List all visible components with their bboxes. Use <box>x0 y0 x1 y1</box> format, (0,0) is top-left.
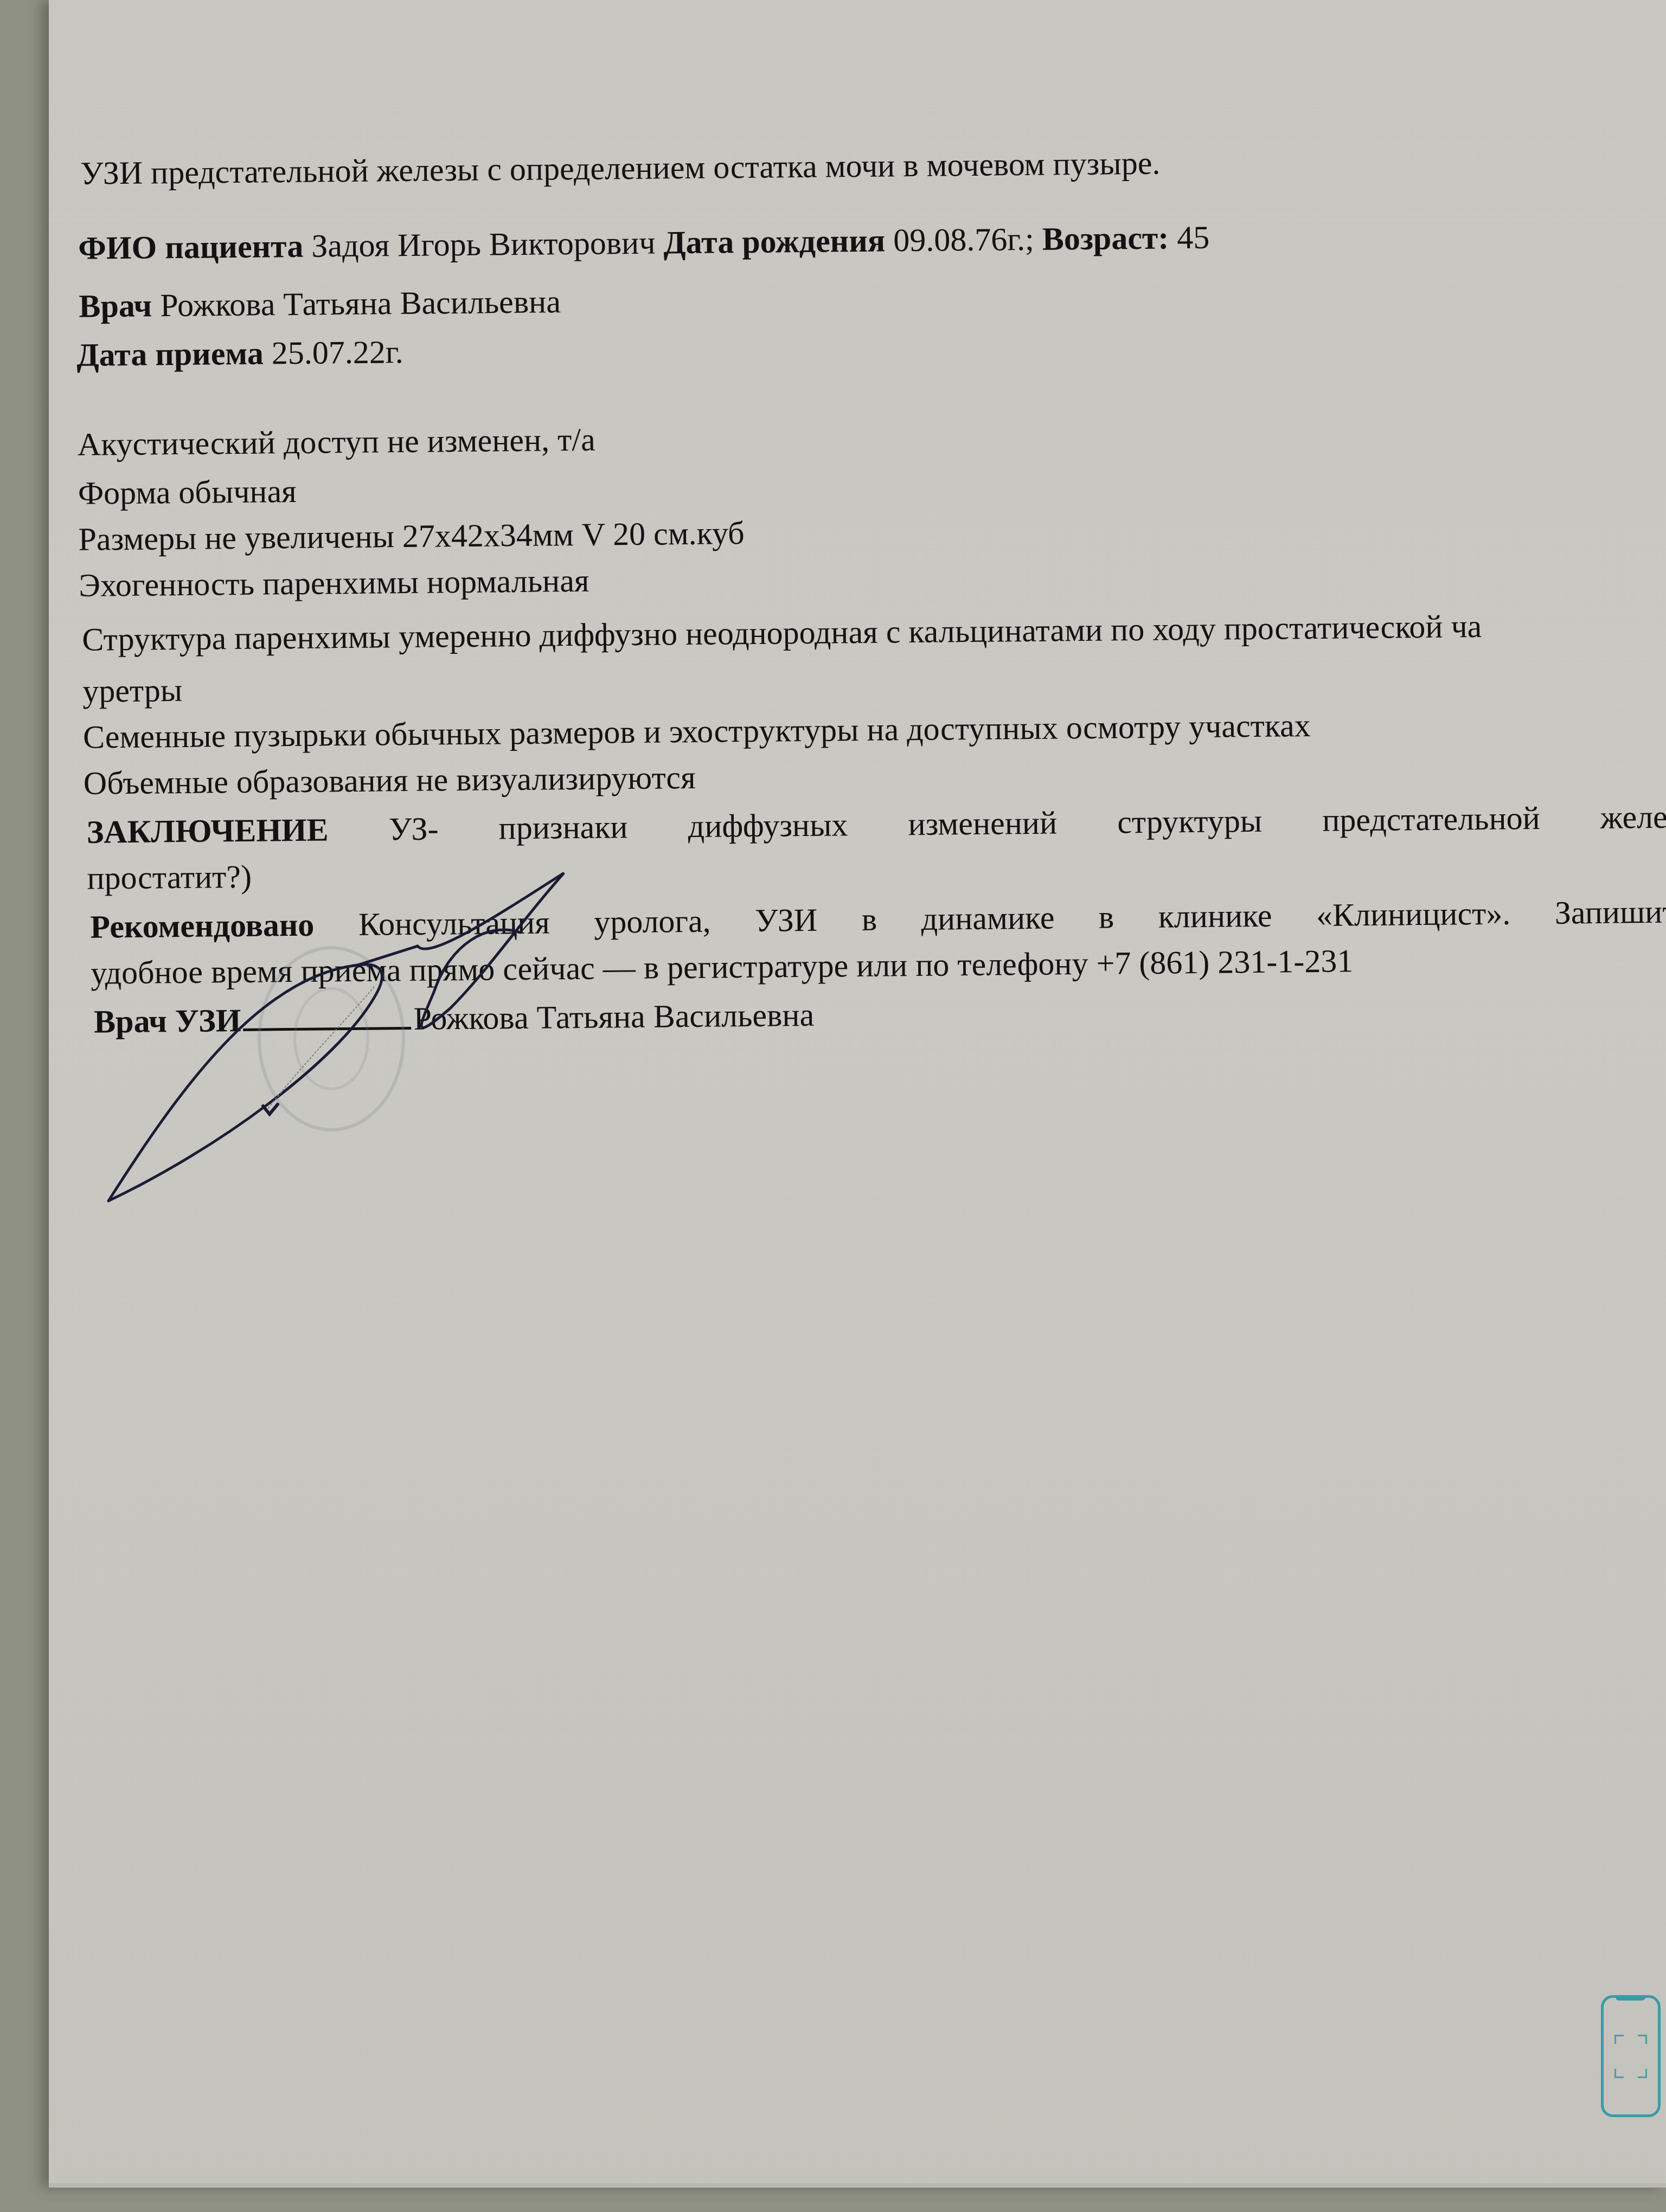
age-label: Возраст: <box>1042 220 1169 256</box>
recommendation-word: уролога, <box>594 905 711 938</box>
finding-line: Акустический доступ не изменен, т/а <box>78 423 595 461</box>
conclusion-word: структуры <box>1117 805 1262 839</box>
conclusion-continuation: простатит?) <box>87 860 252 895</box>
paper-sheet: УЗИ предстательной железы с определением… <box>49 0 1666 2188</box>
dob-value: 09.08.76г.; <box>893 221 1034 258</box>
conclusion-word: изменений <box>908 807 1057 841</box>
finding-line: Форма обычная <box>78 475 297 510</box>
doctor-label: Врач <box>79 287 152 324</box>
dob-label: Дата рождения <box>663 223 886 261</box>
doctor-line: Врач Рожкова Татьяна Васильевна <box>79 285 561 323</box>
conclusion-word: железы <box>1600 800 1666 834</box>
finding-line: Структура паренхимы умеренно диффузно не… <box>82 610 1482 656</box>
recommendation-word: УЗИ <box>755 904 818 937</box>
finding-line: уретры <box>82 674 182 708</box>
conclusion-line: ЗАКЛЮЧЕНИЕ УЗ- признаки диффузных измене… <box>86 800 1666 848</box>
signature-label: Врач УЗИ <box>94 1002 241 1040</box>
recommendation-line: Рекомендовано Консультация уролога, УЗИ … <box>90 895 1666 943</box>
recommendation-word: Запишитес <box>1555 895 1666 929</box>
patient-name-value: Задоя Игорь Викторович <box>311 225 656 264</box>
clinic-stamp <box>258 946 405 1131</box>
recommendation-word: в <box>861 903 877 936</box>
patient-line: ФИО пациента Задоя Игорь Викторович Дата… <box>78 221 1210 265</box>
patient-name-label: ФИО пациента <box>78 228 304 266</box>
recommendation-word: динамике <box>921 902 1054 935</box>
signature-name: Рожкова Татьяна Васильевна <box>413 997 814 1037</box>
visit-date-line: Дата приема 25.07.22г. <box>76 336 403 371</box>
age-value: 45 <box>1177 220 1210 256</box>
doctor-value: Рожкова Татьяна Васильевна <box>160 284 561 323</box>
conclusion-label: ЗАКЛЮЧЕНИЕ <box>86 813 328 848</box>
conclusion-word: предстательной <box>1322 802 1540 837</box>
recommendation-word: «Клиницист». <box>1316 897 1511 931</box>
finding-line: Эхогенность паренхимы нормальная <box>79 564 589 602</box>
visit-date-label: Дата приема <box>76 336 264 373</box>
conclusion-word: диффузных <box>688 808 848 843</box>
recommendation-word: клинике <box>1158 899 1272 933</box>
document-title: УЗИ предстательной железы с определением… <box>80 147 1161 190</box>
signature-line: Врач УЗИРожкова Татьяна Васильевна <box>94 999 815 1038</box>
conclusion-word: признаки <box>498 811 627 844</box>
recommendation-word: в <box>1099 901 1114 934</box>
conclusion-word: УЗ- <box>388 812 438 845</box>
visit-date-value: 25.07.22г. <box>271 334 403 371</box>
finding-line: Семенные пузырьки обычных размеров и эхо… <box>83 709 1311 754</box>
recommendation-word: Консультация <box>358 906 550 941</box>
phone-scan-icon <box>1601 1995 1661 2117</box>
recommendation-label: Рекомендовано <box>90 909 315 943</box>
finding-line: Объемные образования не визуализируются <box>84 761 696 800</box>
finding-line: Размеры не увеличены 27х42х34мм V 20 см.… <box>78 517 745 556</box>
